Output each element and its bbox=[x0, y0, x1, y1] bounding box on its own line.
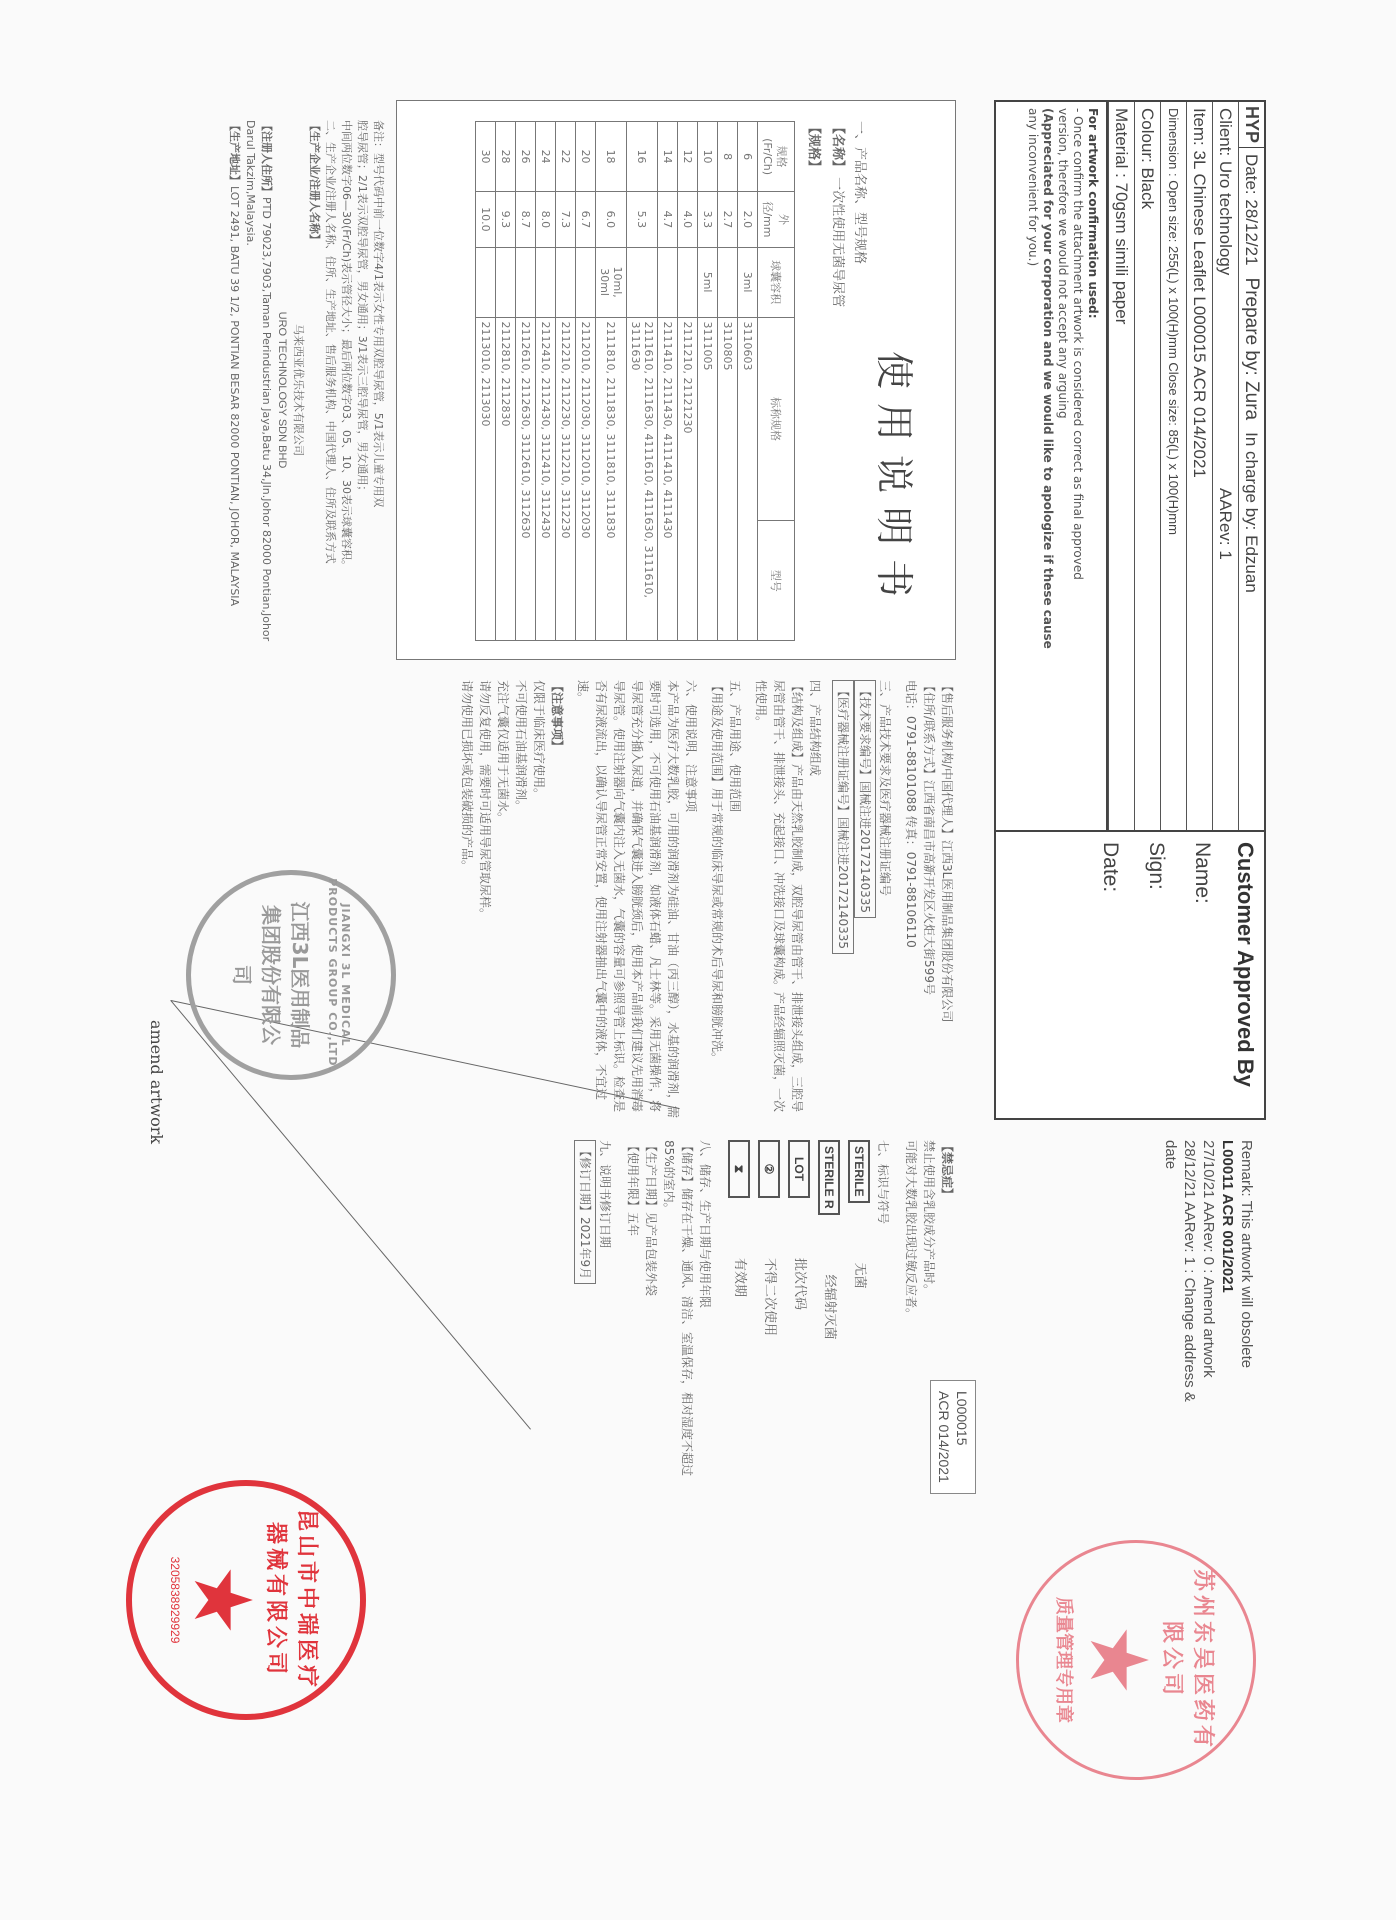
remark-line: 28/12/21 AARev: 1 : Change address & dat… bbox=[1161, 1140, 1199, 1420]
leaflet-title: 使用说明书 bbox=[870, 351, 925, 611]
spec-remark-note: 备注：型号代码中前一位数字4/1表示女性专用双腔导尿管，5/1表示儿童专用双 腔… bbox=[226, 120, 386, 660]
code-box-line: ACR 014/2021 bbox=[935, 1391, 953, 1483]
do-not-reuse-icon: ② bbox=[758, 1140, 780, 1198]
code-box-line: L000015 bbox=[953, 1391, 971, 1483]
symbol-label: 批次代码 bbox=[790, 1258, 808, 1310]
agent-address: 【住所/联系方式】江西省南昌市高新开发区火炬大街599号 bbox=[920, 680, 938, 1120]
remark-lead: Remark: This artwork will obsolete bbox=[1237, 1140, 1256, 1420]
spec-cell-models: 2111810, 2111830, 3111810, 3111830 bbox=[596, 317, 627, 640]
table-row: 124.02111210, 21121230 bbox=[678, 122, 698, 641]
scanned-page: HYP Date: 28/12/21 Prepare by: Zura In c… bbox=[0, 0, 1396, 1920]
spec-cell-od: 3.3 bbox=[698, 192, 718, 248]
table-row: 227.32112210, 2112230, 3112210, 3112230 bbox=[556, 122, 576, 641]
spec-cell-od: 2.0 bbox=[738, 192, 758, 248]
stamp-text: 昆山市中瑞医疗器械有限公司 bbox=[262, 1500, 324, 1700]
header-material: Material : 70gsm simili paper bbox=[1112, 102, 1132, 330]
stamp-text: 江西3L医用制品集团股份有限公司 bbox=[230, 900, 317, 1050]
header-in-charge: In charge by: Edzuan bbox=[1242, 426, 1262, 599]
spec-cell-balloon bbox=[658, 247, 678, 317]
symbol-label: 无菌 bbox=[850, 1263, 868, 1289]
header-aarev: AARev: 1 bbox=[1216, 482, 1236, 566]
spec-cell-size: 10 bbox=[698, 122, 718, 192]
stamp-text-en: JIANGXI 3L MEDICAL PRODUCTS GROUP CO.,LT… bbox=[327, 875, 353, 1075]
table-row: 82.73110805 bbox=[718, 122, 738, 641]
instructions-text: 本产品为医疗大数乳胶，可用的润滑剂为硅油、甘油（丙三醇），水基的润滑剂，需要时可… bbox=[574, 680, 682, 1120]
header-colour: Colour: Black bbox=[1138, 102, 1158, 215]
spec-header-cell: 球囊容积 bbox=[758, 247, 795, 317]
spec-cell-balloon: 5ml bbox=[698, 247, 718, 317]
header-item: Item: 3L Chinese Leaflet L000015 ACR 014… bbox=[1190, 102, 1210, 484]
table-row: 186.010ml, 30ml2111810, 2111830, 3111810… bbox=[596, 122, 627, 641]
symbol-row: STERILE无菌 bbox=[844, 1140, 874, 1480]
spec-cell-balloon bbox=[496, 247, 516, 317]
note-line: 腔导尿管；2/1表示双腔导尿管，男女通用；3/1表示三腔导尿管，男女通用； bbox=[354, 120, 370, 660]
spec-cell-balloon bbox=[678, 247, 698, 317]
stamp-subtitle: 质量管理专用章 bbox=[1052, 1597, 1078, 1723]
spec-cell-od: 9.3 bbox=[496, 192, 516, 248]
approval-title: Customer Approved By bbox=[1232, 842, 1258, 1108]
header-client: Client: Uro technology bbox=[1216, 102, 1236, 482]
name-value: 一次性使用无菌导尿管 bbox=[830, 177, 845, 307]
hyp-logo: HYP bbox=[1239, 102, 1264, 148]
spec-cell-models: 2113010, 2113030 bbox=[476, 317, 496, 640]
storage-text: 【储存】储存在干燥、通风、清洁、室温保存，相对湿度不超过85%的室内。 bbox=[660, 1140, 696, 1480]
spec-cell-size: 12 bbox=[678, 122, 698, 192]
table-row: 144.72111410, 2111430, 4111410, 4111430 bbox=[658, 122, 678, 641]
precaution-item: 充注气囊仅适用于无菌水。 bbox=[494, 680, 512, 1120]
precaution-item: 不可使用石油基润滑剂。 bbox=[512, 680, 530, 1120]
spec-cell-size: 28 bbox=[496, 122, 516, 192]
header-dimension: Dimension : Open size: 255(L) x 100(H)mm… bbox=[1166, 102, 1181, 541]
spec-cell-od: 4.0 bbox=[678, 192, 698, 248]
precaution-item: 请勿反复使用，需要时可适用导尿管取尿样。 bbox=[476, 680, 494, 1120]
symbol-row: LOT批次代码 bbox=[784, 1140, 814, 1480]
sterile-r-icon: STERILE R bbox=[818, 1140, 840, 1215]
spec-cell-models: 2112010, 2112030, 3112010, 3112030 bbox=[576, 317, 596, 640]
spec-cell-od: 5.3 bbox=[627, 192, 658, 248]
section-4-heading: 四、产品结构组成 bbox=[806, 680, 824, 1120]
spec-cell-balloon bbox=[556, 247, 576, 317]
spec-cell-size: 30 bbox=[476, 122, 496, 192]
header-prepare-by: Prepare by: Zura bbox=[1241, 272, 1263, 427]
section-1-heading: 一、产品名称、型号规格 bbox=[849, 121, 869, 264]
table-row: 165.32111610, 2111630, 4111610, 4111630,… bbox=[627, 122, 658, 641]
revision-date: 【修订日期】2021年9月 bbox=[574, 1140, 596, 1284]
spec-cell-models: 2111210, 21121230 bbox=[678, 317, 698, 640]
table-row: 3010.02113010, 2113030 bbox=[476, 122, 496, 641]
note-line: 备注：型号代码中前一位数字4/1表示女性专用双腔导尿管，5/1表示儿童专用双 bbox=[370, 120, 386, 660]
lot-icon: LOT bbox=[788, 1140, 810, 1198]
symbol-list: STERILE无菌STERILE R经辐射灭菌LOT批次代码②不得二次使用⧗有效… bbox=[724, 1140, 874, 1480]
note-line: For artwork confirmation used: bbox=[1085, 108, 1100, 824]
spec-cell-od: 8.0 bbox=[536, 192, 556, 248]
stamp-number: 3205838929929 bbox=[168, 1557, 182, 1644]
spec-cell-balloon: 3ml bbox=[738, 247, 758, 317]
code-box: L000015 ACR 014/2021 bbox=[930, 1380, 976, 1494]
spec-cell-balloon bbox=[516, 247, 536, 317]
spec-cell-models: 2111610, 2111630, 4111610, 4111630, 3111… bbox=[627, 317, 658, 640]
spec-cell-od: 8.7 bbox=[516, 192, 536, 248]
structure-text: 【结构及组成】产品由天然乳胶制成，双腔导尿管由管干、排泄接头组成，三腔导尿管由管… bbox=[752, 680, 806, 1120]
stamp-text: 苏州东吴医药有限公司 bbox=[1158, 1560, 1220, 1760]
note-line: any inconvenient for you.) bbox=[1025, 108, 1040, 824]
spec-cell-size: 24 bbox=[536, 122, 556, 192]
header-row-colour: Colour: Black bbox=[1134, 102, 1160, 830]
registration-certificate-number: 【医疗器械注册证编号】国械注进20172140335 bbox=[832, 680, 854, 954]
section-8-heading: 八、储存、生产日期与使用年限 bbox=[696, 1140, 714, 1480]
header-date: Date: 28/12/21 bbox=[1242, 148, 1262, 272]
manufacturer-label: 【生产企业/注册人名称】 bbox=[306, 120, 322, 660]
manufacturer-name-en: URO TECHNOLOGY SDN BHD bbox=[274, 120, 290, 660]
note-line: version, therefore we would not accept a… bbox=[1055, 108, 1070, 824]
leaflet-panel-1: 使用说明书 一、产品名称、型号规格 【名称】 一次性使用无菌导尿管 【规格】 规… bbox=[396, 100, 956, 660]
spec-cell-size: 18 bbox=[596, 122, 627, 192]
spec-table-header: 规格 (Fr/Ch)外径/mm球囊容积标称规格型号 bbox=[758, 122, 795, 641]
table-row: 62.03ml3110603 bbox=[738, 122, 758, 641]
agent: 【售后服务机构/中国代理人】江西3L医用制品集团股份有限公司 bbox=[938, 680, 956, 1120]
name-label: 【名称】 bbox=[830, 121, 845, 173]
spec-cell-models: 2112810, 2112830 bbox=[496, 317, 516, 640]
table-row: 289.32112810, 2112830 bbox=[496, 122, 516, 641]
header-row-date: HYP Date: 28/12/21 Prepare by: Zura In c… bbox=[1238, 102, 1264, 830]
note-line: - Once confirm the attachment artwork is… bbox=[1070, 108, 1085, 824]
approval-name-field[interactable]: Name: bbox=[1168, 842, 1214, 1108]
shelf-life: 【使用年限】五年 bbox=[624, 1140, 642, 1480]
spec-cell-od: 10.0 bbox=[476, 192, 496, 248]
header-row-dimension: Dimension : Open size: 255(L) x 100(H)mm… bbox=[1160, 102, 1186, 830]
spec-cell-models: 2111410, 2111430, 4111410, 4111430 bbox=[658, 317, 678, 640]
production-date: 【生产日期】见产品包装外袋 bbox=[642, 1140, 660, 1480]
symbol-label: 经辐射灭菌 bbox=[820, 1275, 838, 1340]
table-row: 248.02112410, 2112430, 3112410, 3112430 bbox=[536, 122, 556, 641]
spec-cell-size: 16 bbox=[627, 122, 658, 192]
note-line: 中间两位数字06—30(Fr/Ch)表示管径大小；最后两位数字03、05、10、… bbox=[338, 120, 354, 660]
table-row: 268.72112610, 2112630, 3112610, 3112630 bbox=[516, 122, 536, 641]
precautions-label: 【注意事项】 bbox=[548, 680, 566, 1120]
spec-cell-balloon: 10ml, 30ml bbox=[596, 247, 627, 317]
customer-approval-block: Customer Approved By Name: Sign: Date: bbox=[996, 832, 1264, 1118]
approval-sign-field[interactable]: Sign: bbox=[1122, 842, 1168, 1108]
symbol-label: 有效期 bbox=[730, 1258, 748, 1297]
precaution-item: 仅限于临床医疗使用。 bbox=[530, 680, 548, 1120]
production-address-label: 【生产地址】 bbox=[228, 120, 241, 186]
suzhou-stamp: 苏州东吴医药有限公司 ★ 质量管理专用章 bbox=[1016, 1540, 1256, 1780]
header-row-client: Client: Uro technology AARev: 1 bbox=[1212, 102, 1238, 830]
table-row: 206.72112010, 2112030, 3112010, 3112030 bbox=[576, 122, 596, 641]
production-address: LOT 2491, BATU 39 1/2, PONTIAN BESAR 820… bbox=[228, 186, 241, 606]
section-5-heading: 五、产品用途、使用范围 bbox=[726, 680, 744, 1120]
rotated-document: HYP Date: 28/12/21 Prepare by: Zura In c… bbox=[0, 0, 1396, 1920]
star-icon: ★ bbox=[1078, 1624, 1158, 1696]
spec-cell-size: 26 bbox=[516, 122, 536, 192]
spec-cell-models: 3110603 bbox=[738, 317, 758, 640]
section-9-heading: 九、说明书修订日期 bbox=[596, 1140, 614, 1480]
leaflet-panel-3: 【禁忌症】 禁止使用含乳胶成分产品时。 可能对大数乳胶出现过敏反应者。 七、标识… bbox=[56, 1140, 956, 1480]
spec-header-cell: 标称规格 bbox=[758, 317, 795, 521]
sterile-icon: STERILE bbox=[848, 1140, 870, 1203]
approval-date-field[interactable]: Date: bbox=[1076, 842, 1122, 1108]
remark-line: 27/10/21 AARev: 0 : Amend artwork bbox=[1199, 1140, 1218, 1420]
note-line: (Appreciated for your corporation and we… bbox=[1040, 108, 1055, 824]
header-row-material: Material : 70gsm simili paper bbox=[1108, 102, 1134, 830]
leaflet-panel-2: 【售后服务机构/中国代理人】江西3L医用制品集团股份有限公司 【住所/联系方式】… bbox=[56, 680, 956, 1120]
spec-label: 【规格】 bbox=[803, 121, 823, 173]
symbol-row: STERILE R经辐射灭菌 bbox=[814, 1140, 844, 1480]
spec-header-cell: 型号 bbox=[758, 521, 795, 641]
section-2-heading: 二、生产企业/注册人名称、住所、生产地址、售后服务机构、中国代理人、住所及联系方… bbox=[322, 120, 338, 660]
section-6-heading: 六、使用说明、注意事项 bbox=[682, 680, 700, 1120]
spec-cell-size: 22 bbox=[556, 122, 576, 192]
spec-cell-od: 4.7 bbox=[658, 192, 678, 248]
confirmation-note: For artwork confirmation used: - Once co… bbox=[996, 102, 1108, 830]
tech-requirement-number: 【技术要求编号】国械注进20172140335 bbox=[854, 680, 876, 918]
spec-cell-size: 8 bbox=[718, 122, 738, 192]
spec-header-cell: 外径/mm bbox=[758, 192, 795, 248]
kunshan-stamp: 昆山市中瑞医疗器械有限公司 ★ 3205838929929 bbox=[126, 1480, 366, 1720]
leaflet-artwork: 使用说明书 一、产品名称、型号规格 【名称】 一次性使用无菌导尿管 【规格】 规… bbox=[86, 100, 956, 1500]
spec-cell-models: 2112610, 2112630, 3112610, 3112630 bbox=[516, 317, 536, 640]
spec-cell-od: 2.7 bbox=[718, 192, 738, 248]
spec-cell-balloon bbox=[627, 247, 658, 317]
registrant-address-label: 【注册人住所】 bbox=[260, 120, 273, 197]
table-row: 103.35ml3111005 bbox=[698, 122, 718, 641]
spec-cell-size: 14 bbox=[658, 122, 678, 192]
spec-cell-models: 2112210, 2112230, 3112210, 3112230 bbox=[556, 317, 576, 640]
artwork-header-table: HYP Date: 28/12/21 Prepare by: Zura In c… bbox=[994, 100, 1266, 1120]
spec-cell-od: 6.7 bbox=[576, 192, 596, 248]
spec-cell-od: 7.3 bbox=[556, 192, 576, 248]
spec-header-cell: 规格 (Fr/Ch) bbox=[758, 122, 795, 192]
spec-cell-size: 20 bbox=[576, 122, 596, 192]
spec-cell-models: 3110805 bbox=[718, 317, 738, 640]
precaution-item: 请勿使用已损坏或包装破损的产品。 bbox=[458, 680, 476, 1120]
header-row-item: Item: 3L Chinese Leaflet L000015 ACR 014… bbox=[1186, 102, 1212, 830]
spec-table: 规格 (Fr/Ch)外径/mm球囊容积标称规格型号 62.03ml3110603… bbox=[475, 121, 795, 641]
spec-cell-balloon bbox=[718, 247, 738, 317]
section-3-heading: 三、产品技术要求及医疗器械注册证编号 bbox=[876, 680, 894, 1120]
section-7-heading: 七、标识与符号 bbox=[874, 1140, 892, 1480]
star-icon: ★ bbox=[182, 1564, 262, 1636]
registrant-address: PTD 79023,7903,Taman Perindustrian Jaya,… bbox=[244, 120, 273, 641]
remark-block: Remark: This artwork will obsolete L0001… bbox=[1161, 1140, 1256, 1420]
spec-cell-od: 6.0 bbox=[596, 192, 627, 248]
product-name-row: 【名称】 一次性使用无菌导尿管 bbox=[827, 121, 847, 307]
spec-cell-balloon bbox=[476, 247, 496, 317]
spec-cell-size: 6 bbox=[738, 122, 758, 192]
agent-phone: 电话：0791-88101088 传真：0791-88106110 bbox=[902, 680, 920, 1120]
spec-cell-balloon bbox=[576, 247, 596, 317]
symbol-label: 不得二次使用 bbox=[760, 1258, 778, 1336]
symbol-row: ②不得二次使用 bbox=[754, 1140, 784, 1480]
contraindication-item: 可能对大数乳胶出现过敏反应者。 bbox=[902, 1140, 920, 1480]
spec-cell-models: 2112410, 2112430, 3112410, 3112430 bbox=[536, 317, 556, 640]
symbol-row: ⧗有效期 bbox=[724, 1140, 754, 1480]
remark-code: L00011 ACR 001/2021 bbox=[1219, 1140, 1236, 1293]
amend-artwork-note: amend artwork bbox=[147, 1020, 166, 1144]
hourglass-icon: ⧗ bbox=[728, 1140, 750, 1198]
manufacturer-name-cn: 马来西亚优乐技术有限公司 bbox=[290, 120, 306, 660]
spec-cell-models: 3111005 bbox=[698, 317, 718, 640]
jiangxi-3l-stamp: JIANGXI 3L MEDICAL PRODUCTS GROUP CO.,LT… bbox=[186, 870, 396, 1080]
usage-text: 【用途及使用范围】用于常规的临床导尿或常规的术后导尿和膀胱冲洗。 bbox=[708, 680, 726, 1120]
spec-cell-balloon bbox=[536, 247, 556, 317]
